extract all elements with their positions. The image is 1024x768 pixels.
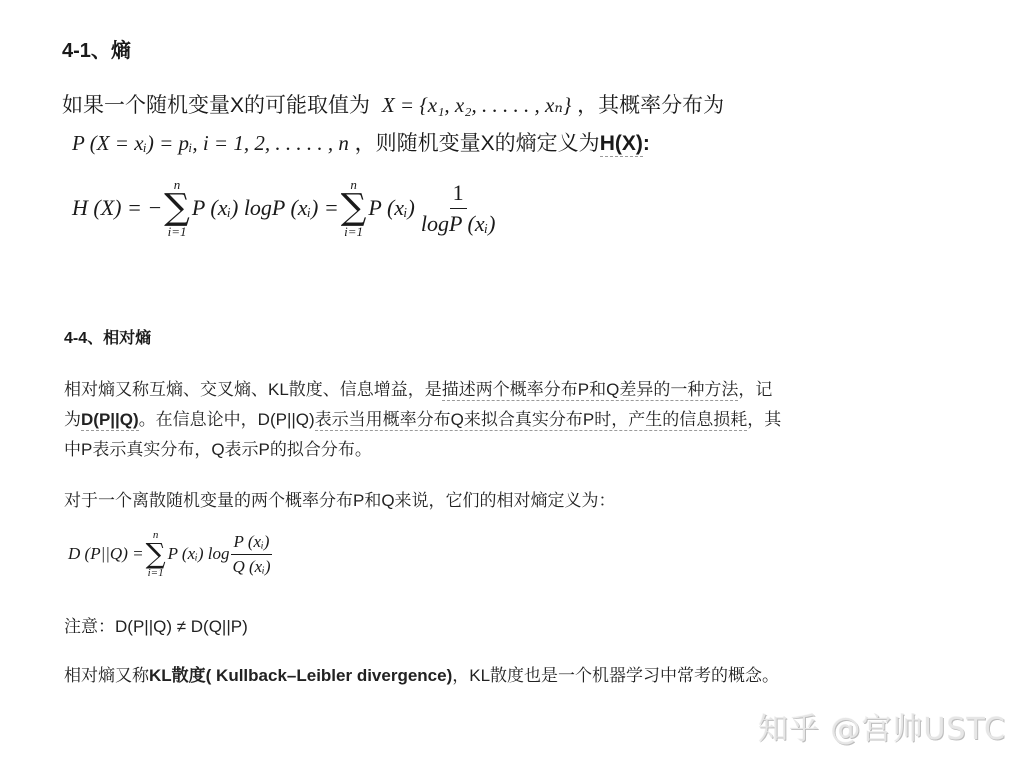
sigma-icon: ∑	[341, 191, 367, 225]
sigma-icon: ∑	[146, 541, 166, 568]
sum-lower-bound: i=1	[344, 225, 363, 238]
para-text: 相对熵又称互熵、交叉熵、KL散度、信息增益，是	[64, 380, 442, 399]
sum-lower-bound: i=1	[148, 568, 164, 579]
document-page: 4-1、熵 如果一个随机变量X的可能取值为 X = {x₁, x₂, . . .…	[0, 0, 1024, 768]
inline-math-value-set: X = {x₁, x₂, . . . . . , xₙ}	[382, 93, 571, 117]
para-text: 。在信息论中，D(P||Q)	[139, 410, 315, 429]
fraction-numerator: 1	[450, 180, 467, 208]
para-text: ，其	[747, 410, 781, 429]
fraction: 1 logP (xᵢ)	[418, 180, 499, 236]
relative-entropy-para1-line1: 相对熵又称互熵、交叉熵、KL散度、信息增益，是描述两个概率分布P和Q差异的一种方…	[64, 375, 772, 400]
note-asymmetry: 注意：D(P||Q) ≠ D(Q||P)	[64, 612, 248, 637]
formula-term: P (xᵢ) log	[168, 544, 230, 564]
sum-lower-bound: i=1	[168, 225, 187, 238]
kl-divergence-bold: KL散度( Kullback–Leibler divergence)	[149, 666, 452, 685]
summation-symbol: n ∑ i=1	[341, 178, 367, 238]
fraction-denominator: Q (xᵢ)	[229, 555, 273, 577]
para-text: ，KL散度也是一个机器学习中常考的概念。	[452, 666, 779, 685]
relative-entropy-para2: 对于一个离散随机变量的两个概率分布P和Q来说，它们的相对熵定义为：	[64, 486, 616, 511]
formula-lhs: D (P||Q) =	[68, 544, 144, 564]
sigma-icon: ∑	[164, 191, 190, 225]
summation-symbol: n ∑ i=1	[164, 178, 190, 238]
entropy-term-link[interactable]: H(X)	[600, 132, 643, 157]
annotated-text[interactable]: 描述两个概率分布P和Q差异的一种方法	[442, 380, 739, 401]
fraction-denominator: logP (xᵢ)	[418, 209, 499, 236]
intro-text: ，则随机变量X的熵定义为	[355, 132, 600, 155]
formula-term1: P (xᵢ) logP (xᵢ) =	[192, 195, 339, 221]
formula-lhs: H (X) = −	[72, 195, 162, 221]
kl-divergence-formula: D (P||Q) = n ∑ i=1 P (xᵢ) log P (xᵢ) Q (…	[68, 530, 277, 579]
kl-term-link[interactable]: D(P||Q)	[81, 410, 139, 431]
relative-entropy-para1-line3: 中P表示真实分布，Q表示P的拟合分布。	[64, 435, 372, 460]
relative-entropy-para3: 相对熵又称KL散度( Kullback–Leibler divergence)，…	[64, 661, 779, 686]
colon: :	[643, 132, 650, 155]
inline-math-probability: P (X = xᵢ) = pᵢ, i = 1, 2, . . . . . , n	[72, 131, 349, 155]
para-text: 相对熵又称	[64, 666, 149, 685]
relative-entropy-para1-line2: 为D(P||Q)。在信息论中，D(P||Q)表示当用概率分布Q来拟合真实分布P时…	[64, 405, 781, 430]
intro-text: ，其概率分布为	[577, 94, 724, 117]
fraction-numerator: P (xᵢ)	[231, 532, 273, 555]
formula-term2: P (xᵢ)	[368, 195, 414, 221]
zhihu-watermark: 知乎 @宫帅USTC	[758, 704, 1006, 748]
entropy-formula: H (X) = − n ∑ i=1 P (xᵢ) logP (xᵢ) = n ∑…	[72, 178, 501, 238]
section-heading-relative-entropy: 4-4、相对熵	[64, 325, 151, 348]
annotated-text[interactable]: 表示当用概率分布Q来拟合真实分布P时，产生的信息损耗	[315, 410, 748, 431]
para-text: 为	[64, 410, 81, 429]
fraction: P (xᵢ) Q (xᵢ)	[229, 532, 273, 576]
section-heading-entropy: 4-1、熵	[62, 34, 131, 63]
summation-symbol: n ∑ i=1	[146, 530, 166, 579]
entropy-intro-line2: P (X = xᵢ) = pᵢ, i = 1, 2, . . . . . , n…	[72, 127, 650, 157]
intro-text: 如果一个随机变量X的可能取值为	[62, 94, 370, 117]
entropy-intro-line1: 如果一个随机变量X的可能取值为 X = {x₁, x₂, . . . . . ,…	[62, 89, 724, 119]
para-text: ，记	[738, 380, 772, 399]
